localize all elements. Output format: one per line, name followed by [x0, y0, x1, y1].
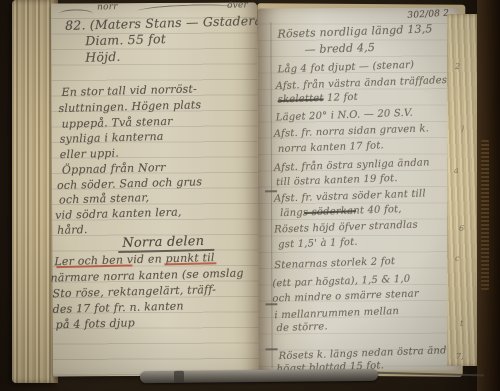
left-page: norr över 82. (Maters Stans — Gstadera K… — [51, 2, 259, 376]
handwriting-line: vid södra kanten lera, — [55, 206, 182, 222]
red-underline — [56, 264, 132, 267]
handwriting-line: sluttningen. Högen plats — [58, 98, 201, 115]
handwriting-line: norra kanten 17 fot. — [278, 140, 384, 155]
handwriting-line: gst 1,5' à 1 fot. — [278, 237, 358, 251]
handwriting-line: eller uppi. — [60, 147, 120, 162]
compass-note: norr — [97, 2, 118, 13]
handwriting-line: och mindre o smärre stenar — [272, 288, 419, 304]
handwriting-line: synliga i kanterna — [60, 130, 164, 146]
handwriting-line: des 17 fot fr. n. kanten — [52, 299, 183, 315]
handwriting-line: — bredd 4,5 — [304, 41, 375, 56]
handwriting-line: Stenarnas storlek 2 fot — [274, 256, 395, 271]
handwriting-line: Diam. 55 fot — [85, 31, 166, 48]
handwriting-line: Afst. fr. norra sidan graven k. — [274, 123, 430, 139]
handwriting-line: Läget 20° i N.O. — 20 S.V. — [276, 108, 414, 124]
cover-clasp — [481, 140, 489, 290]
page-edge-stack-right: 2 ) a 6 c t 7, — [447, 14, 480, 366]
edge-ink-mark: a — [454, 166, 459, 175]
handwriting-line: de större. — [276, 321, 328, 334]
right-page: 302/08 2 Rösets nordliga längd 13,5 — br… — [257, 8, 460, 372]
edge-ink-mark: t — [460, 319, 463, 328]
notebook-photo: norr över 82. (Maters Stans — Gstadera K… — [0, 0, 500, 391]
edge-ink-mark: 2 — [455, 62, 460, 71]
pencil — [140, 369, 378, 383]
handwriting-line: Afst. fr. västra söder kant till — [274, 188, 426, 204]
margin-tick — [266, 348, 278, 350]
handwriting-line: till östra kanten 19 fot. — [276, 173, 398, 188]
margin-line — [270, 22, 272, 368]
edge-ink-mark: ) — [461, 124, 464, 133]
handwriting-line: Öppnad från Norr — [62, 161, 166, 177]
handwriting-line: uppepå. Två stenar — [61, 115, 172, 131]
handwriting-line: Afst. från västra ändan träffades — [275, 75, 447, 92]
margin-tick — [265, 190, 277, 192]
handwriting-line: Rösets k. längs nedan östra ändan — [278, 345, 459, 362]
handwriting-line: Höjd. — [85, 49, 121, 65]
handwriting-line: och söder. Sand och grus — [57, 175, 202, 192]
handwriting-line: Sto röse, rektangelärt, träff- — [52, 283, 216, 300]
handwriting-line: hård. — [57, 223, 88, 237]
handwriting-line: i mellanrummen mellan — [274, 306, 399, 321]
handwriting-line: Rösets nordliga längd 13,5 — [277, 22, 433, 40]
handwriting-line: Rösets höjd öfver strandlas — [274, 220, 418, 236]
handwriting-line: Låg 4 fot djupt — (stenar) — [277, 60, 414, 76]
handwriting-line: närmare norra kanten (se omslag — [50, 267, 243, 285]
handwriting-line: och små stenar, — [59, 191, 150, 206]
handwriting-line: (ett par högsta), 1,5 & 1,0 — [272, 274, 410, 290]
edge-ink-mark: 7, — [456, 352, 464, 361]
handwriting-line: En stor tall vid norröst- — [61, 82, 197, 99]
pencil-band — [174, 371, 184, 383]
edge-ink-mark: c — [455, 254, 459, 263]
edge-ink-mark: 6 — [459, 224, 464, 233]
handwriting-line: på 4 fots djup — [56, 316, 136, 331]
page-number: 302/08 2 — [407, 9, 449, 21]
handwriting-line: Afst. från östra synliga ändan — [274, 157, 430, 173]
